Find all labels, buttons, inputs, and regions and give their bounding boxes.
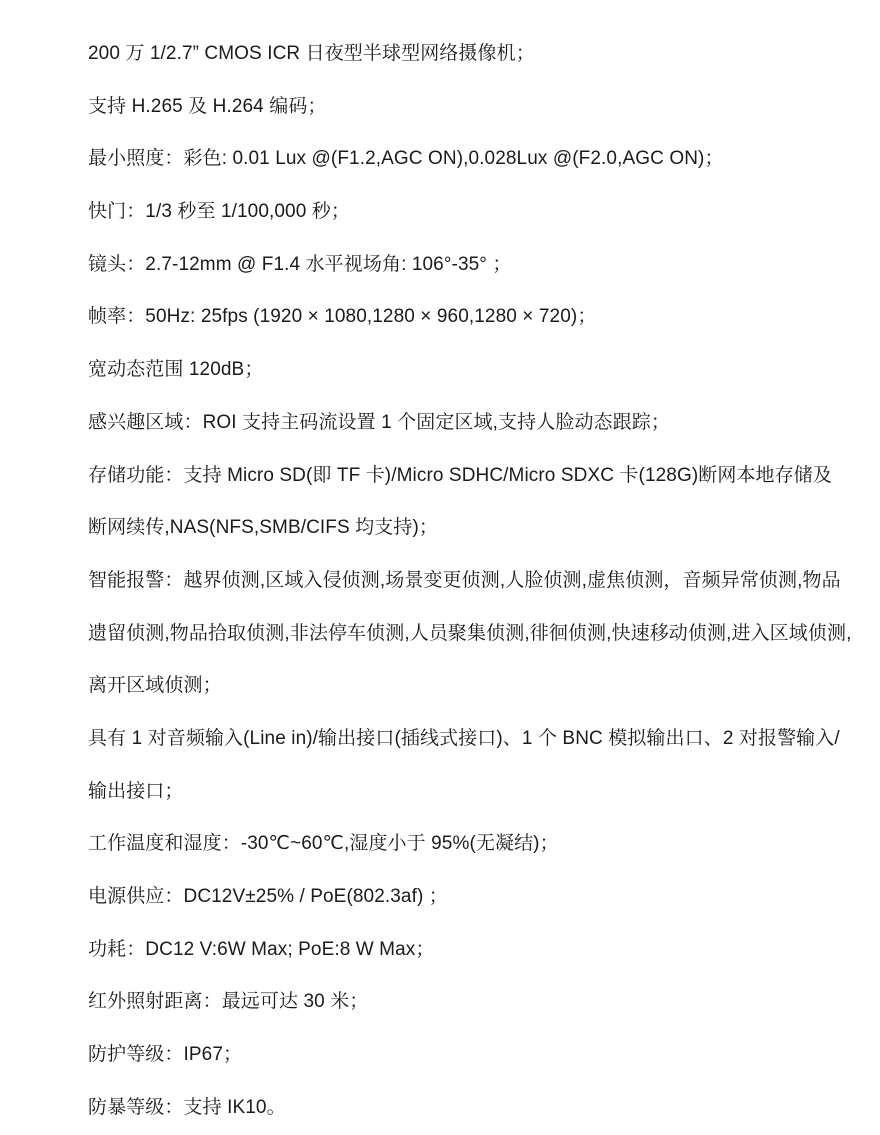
spec-line-roi: 感兴趣区域：ROI 支持主码流设置 1 个固定区域,支持人脸动态跟踪； xyxy=(88,397,856,450)
spec-line-wdr: 宽动态范围 120dB； xyxy=(88,344,856,397)
spec-line-min-illumination: 最小照度：彩色: 0.01 Lux @(F1.2,AGC ON),0.028Lu… xyxy=(88,133,856,186)
spec-line-io-1: 具有 1 对音频输入(Line in)/输出接口(插线式接口)、1 个 BNC … xyxy=(88,713,856,766)
spec-line-ip-rating: 防护等级：IP67； xyxy=(88,1029,856,1082)
spec-line-smart-alarm-1: 智能报警：越界侦测,区域入侵侦测,场景变更侦测,人脸侦测,虚焦侦测，音频异常侦测… xyxy=(88,555,856,608)
spec-line-io-2: 输出接口； xyxy=(88,766,856,819)
document-page: 200 万 1/2.7” CMOS ICR 日夜型半球型网络摄像机； 支持 H.… xyxy=(0,0,880,1135)
spec-line-codec: 支持 H.265 及 H.264 编码； xyxy=(88,81,856,134)
spec-line-smart-alarm-3: 离开区域侦测； xyxy=(88,660,856,713)
spec-line-storage-1: 存储功能：支持 Micro SD(即 TF 卡)/Micro SDHC/Micr… xyxy=(88,450,856,503)
spec-line-power-supply: 电源供应：DC12V±25% / PoE(802.3af) ； xyxy=(88,871,856,924)
spec-line-lens: 镜头：2.7-12mm @ F1.4 水平视场角: 106°-35° ； xyxy=(88,239,856,292)
spec-line-smart-alarm-2: 遗留侦测,物品拾取侦测,非法停车侦测,人员聚集侦测,徘徊侦测,快速移动侦测,进入… xyxy=(88,608,856,661)
spec-line-ir-distance: 红外照射距离：最远可达 30 米； xyxy=(88,976,856,1029)
spec-line-ik-rating: 防暴等级：支持 IK10。 xyxy=(88,1082,856,1135)
spec-line-sensor: 200 万 1/2.7” CMOS ICR 日夜型半球型网络摄像机； xyxy=(88,28,856,81)
spec-line-framerate: 帧率：50Hz: 25fps (1920 × 1080,1280 × 960,1… xyxy=(88,291,856,344)
spec-line-temp-humidity: 工作温度和湿度：-30℃~60℃,湿度小于 95%(无凝结)； xyxy=(88,818,856,871)
spec-line-shutter: 快门：1/3 秒至 1/100,000 秒； xyxy=(88,186,856,239)
spec-line-storage-2: 断网续传,NAS(NFS,SMB/CIFS 均支持)； xyxy=(88,502,856,555)
spec-line-power-consumption: 功耗：DC12 V:6W Max; PoE:8 W Max； xyxy=(88,924,856,977)
